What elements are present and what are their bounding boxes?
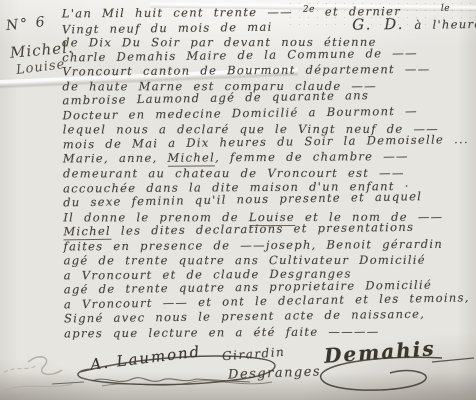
text-segment: le bbox=[441, 4, 450, 14]
signature-mayor: Demahis bbox=[323, 336, 436, 368]
document-line: agé de trente quatre ans Cultivateur Dom… bbox=[64, 253, 474, 268]
text-segment: Marie, anne, bbox=[63, 151, 168, 166]
document-line: demeurant au chateau de Vroncourt est —— bbox=[63, 166, 473, 181]
underlined-name: Michel bbox=[167, 151, 215, 167]
underlined-name: Michel bbox=[63, 224, 111, 241]
text-segment: , femme de chambre —— bbox=[215, 149, 409, 164]
signature-witness-2: Desgranges bbox=[228, 364, 322, 382]
document-line: faites en presence de ——joseph, Benoit g… bbox=[63, 236, 473, 253]
text-segment: Vingt neuf du mois de mai bbox=[62, 18, 352, 36]
text-segment: à l'heure bbox=[404, 16, 476, 31]
pencil-scribble bbox=[0, 338, 160, 400]
text-segment: G. D. bbox=[352, 14, 404, 33]
text-segment: faites en presence de ——joseph, Benoit g… bbox=[63, 237, 443, 254]
document-body: L'an Mil huit cent trente —— 2e et derni… bbox=[62, 4, 474, 341]
text-segment: demeurant au chateau de Vroncourt est —— bbox=[63, 166, 405, 181]
signature-witness-1: Girardin bbox=[222, 345, 286, 363]
margin-annotations: N° 6 Michel. Louise bbox=[0, 0, 62, 120]
text-segment: Vroncourt canton de Bourmont département… bbox=[62, 62, 430, 79]
signature-declarant: A. Laumond bbox=[89, 342, 202, 373]
text-segment: apres que lecture en a été faite ———— bbox=[64, 324, 380, 340]
document-line: Vroncourt canton de Bourmont département… bbox=[62, 62, 472, 79]
document-line: Marie, anne, Michel, femme de chambre —— bbox=[63, 149, 473, 166]
text-segment: agé de trente quatre ans Cultivateur Dom… bbox=[64, 253, 426, 268]
scanned-birth-record: N° 6 Michel. Louise L'an Mil huit cent t… bbox=[0, 0, 476, 400]
act-number: N° 6 bbox=[5, 14, 47, 34]
text-segment: les dites declarations et presentations bbox=[111, 220, 414, 238]
text-segment: 2e bbox=[303, 5, 315, 15]
text-segment: Signé avec nous le present acte de naiss… bbox=[64, 307, 425, 326]
